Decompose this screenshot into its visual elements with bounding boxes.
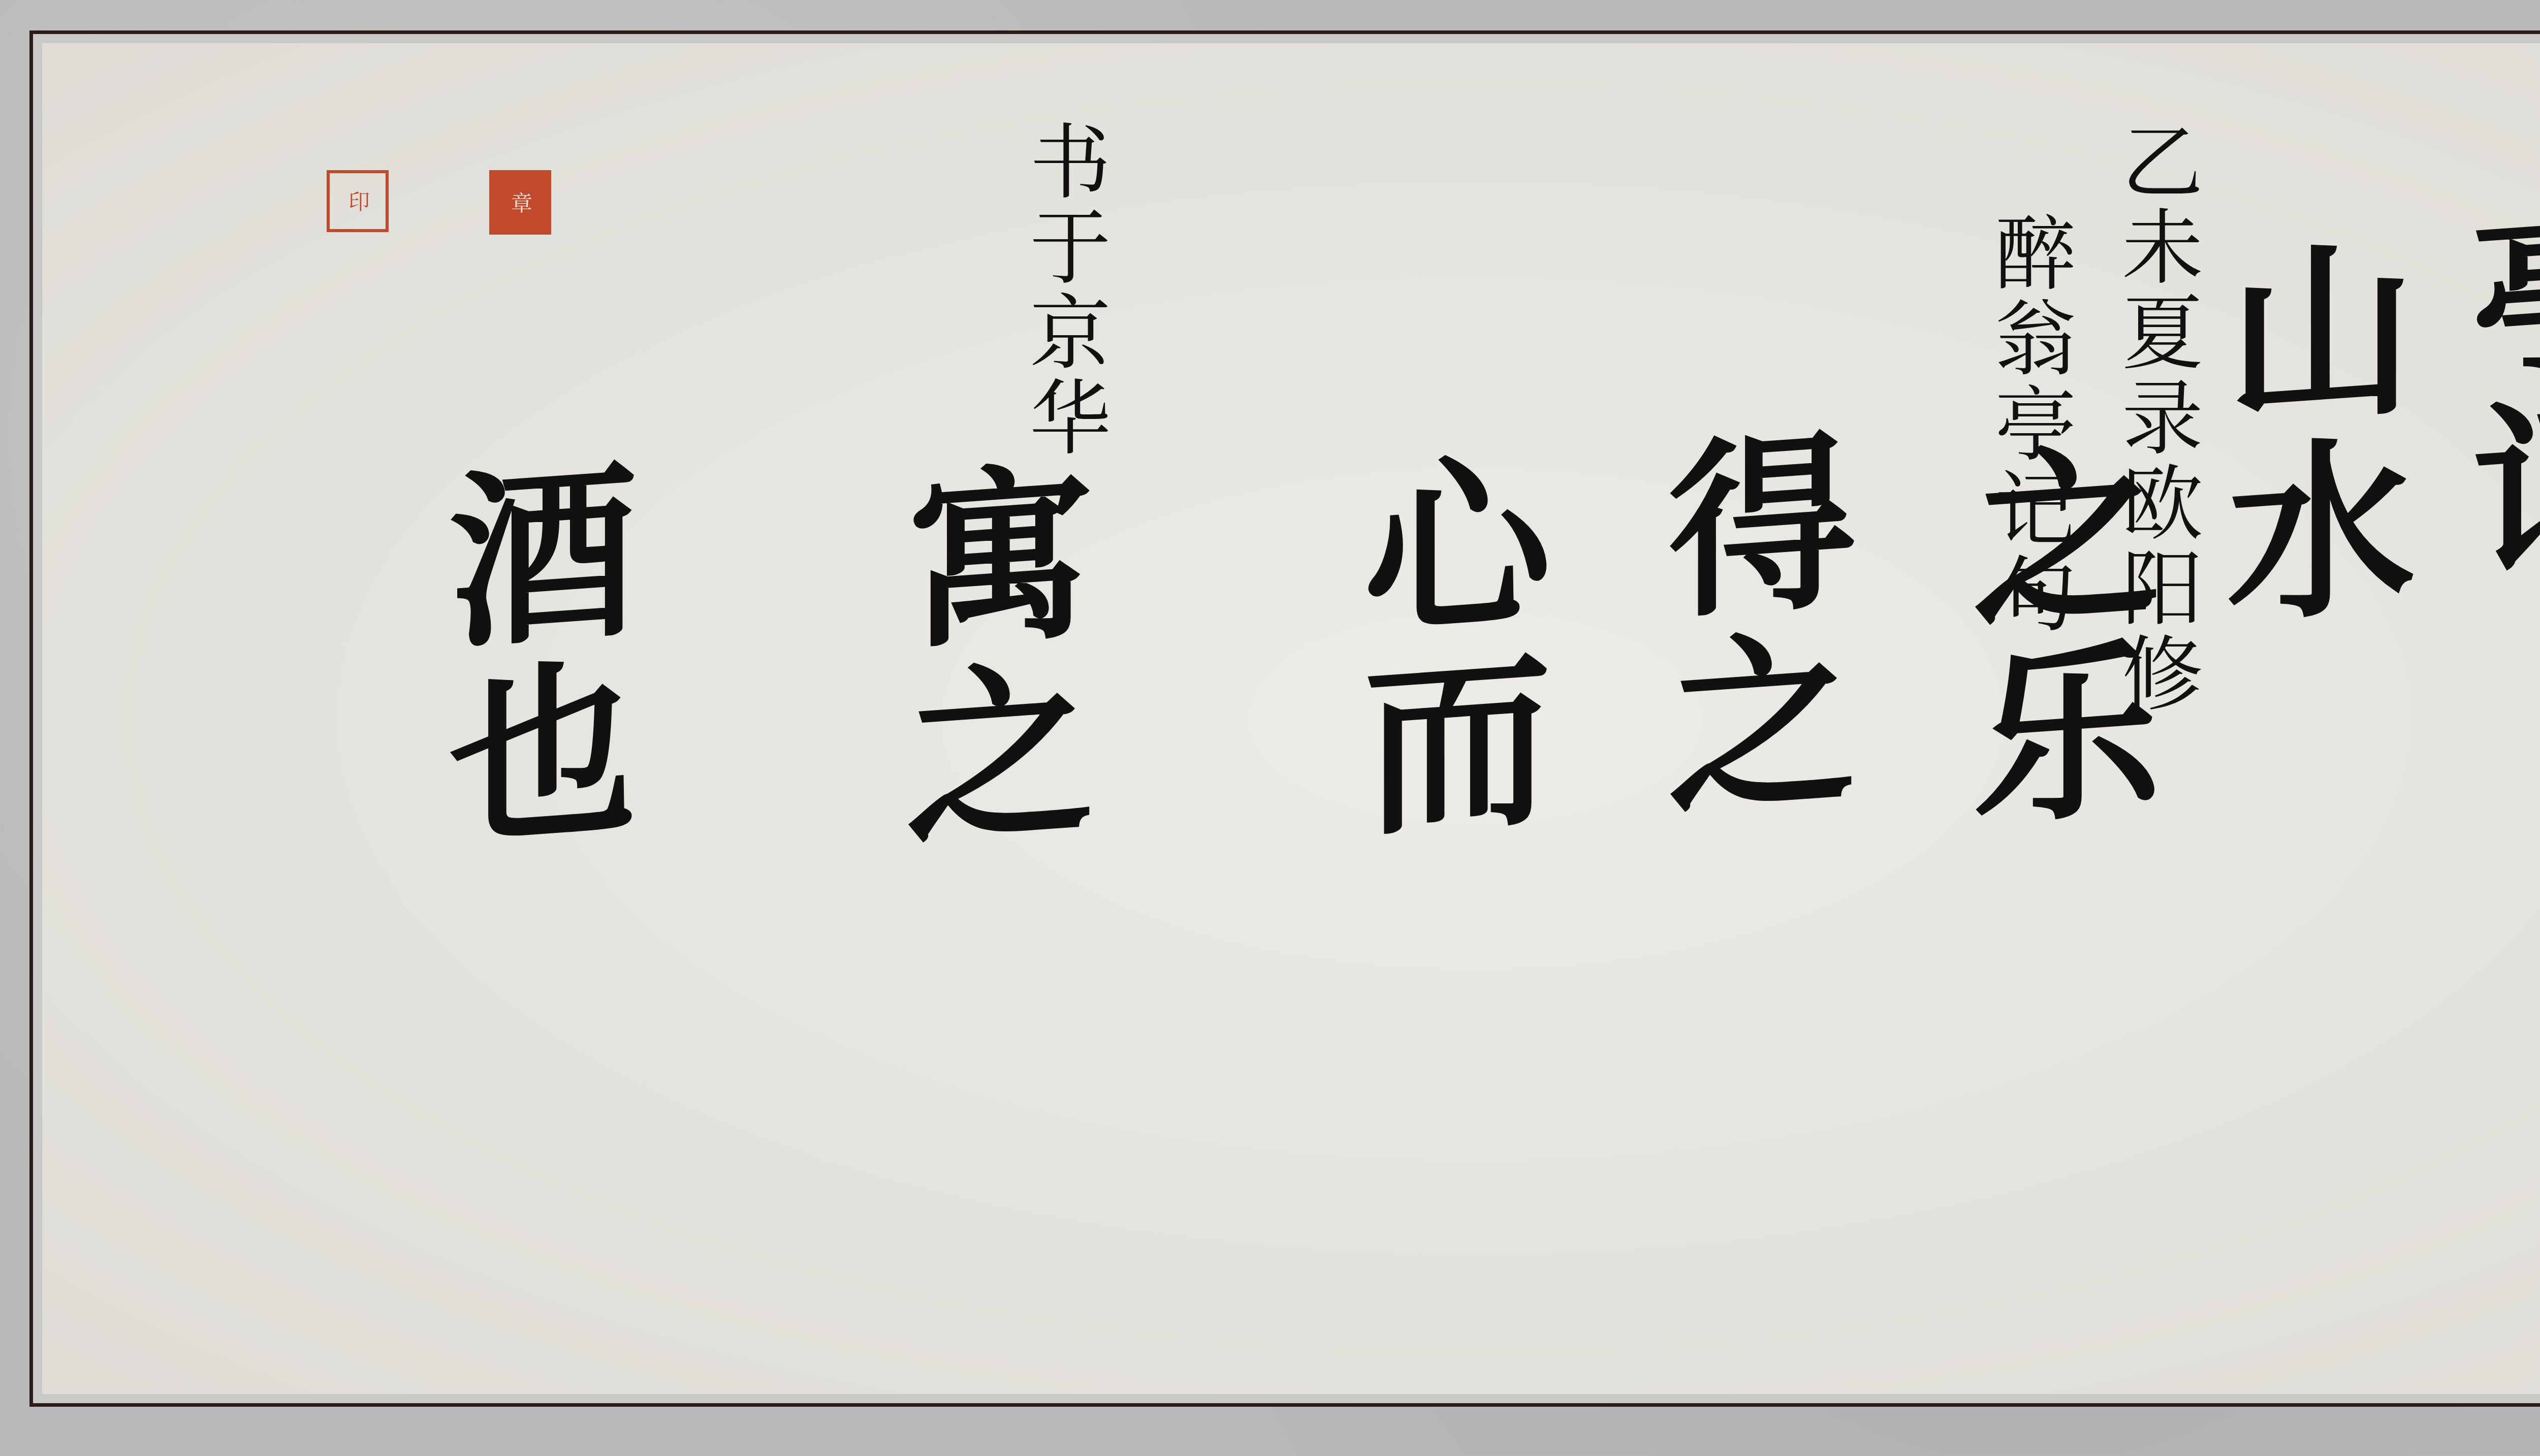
main-text-column-2: 亭记 xyxy=(2455,189,2540,597)
seal-filled-square: 章 xyxy=(489,170,551,235)
inscription-text: 乙未夏录欧阳修 xyxy=(2115,119,2196,717)
main-text-column-5: 得之 xyxy=(1653,423,1840,830)
main-text-chars: 得之 xyxy=(1653,423,1840,830)
main-text-chars: 心而 xyxy=(1348,443,1536,851)
inscription-text: 醉翁亭记句 xyxy=(1988,211,2069,637)
seal-outline-square: 印 xyxy=(327,170,389,232)
inscription-column-2: 醉翁亭记句 xyxy=(1988,211,2069,637)
seal-text: 印 xyxy=(346,190,369,212)
seal-text: 章 xyxy=(509,192,531,213)
main-text-chars: 酒也 xyxy=(433,453,621,861)
inscription-text: 书于京华 xyxy=(1023,119,1104,461)
main-text-chars: 亭记 xyxy=(2455,189,2540,597)
main-text-chars: 山水 xyxy=(2211,230,2399,637)
main-text-column-7: 寓之 xyxy=(891,453,1078,861)
calligraphy-paper: 醉翁 亭记 山水 之乐 得之 心而 寓之 酒也 乙未夏录欧阳修 醉翁亭记句 xyxy=(42,43,2540,1394)
main-text-chars: 寓之 xyxy=(891,453,1078,861)
main-text-column-3: 山水 xyxy=(2211,230,2399,637)
inscription-column-1: 乙未夏录欧阳修 xyxy=(2115,119,2196,717)
scroll-mount-frame: 醉翁 亭记 山水 之乐 得之 心而 寓之 酒也 乙未夏录欧阳修 醉翁亭记句 xyxy=(29,30,2540,1407)
main-text-column-6: 心而 xyxy=(1348,443,1536,851)
main-text-column-8: 酒也 xyxy=(433,453,621,861)
inscription-column-3: 书于京华 xyxy=(1023,119,1104,461)
